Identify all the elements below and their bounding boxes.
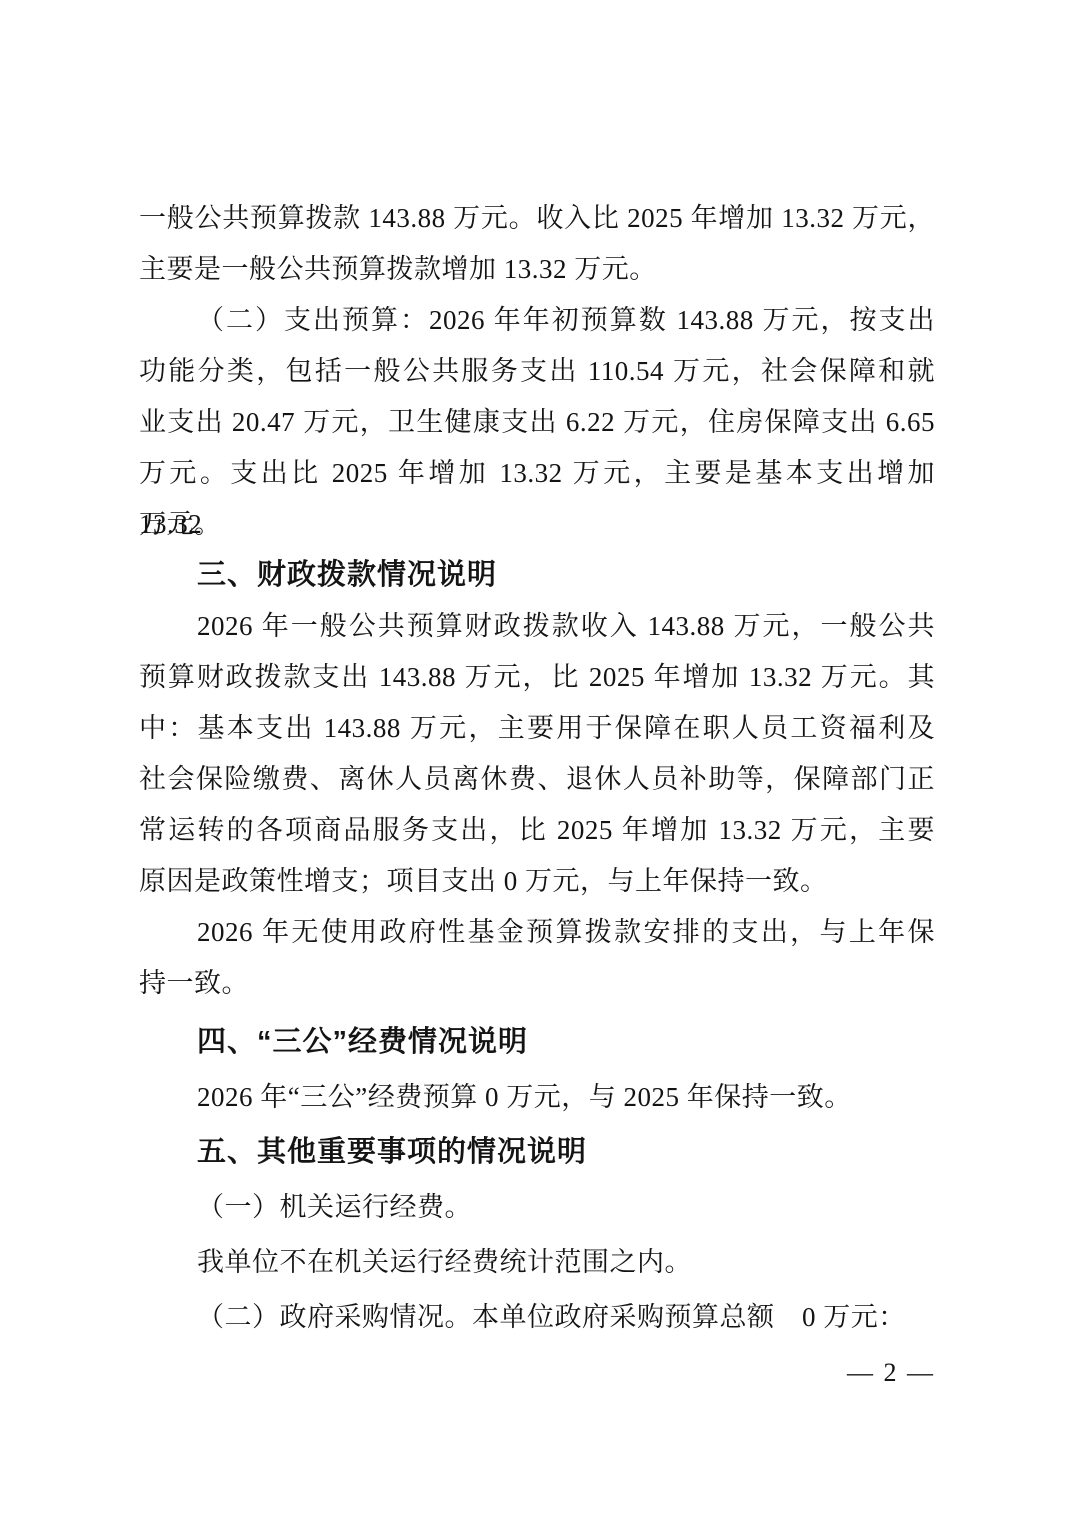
paragraph-line: 社会保险缴费、离休人员离休费、退休人员补助等，保障部门正 — [139, 754, 935, 805]
paragraph-line: 主要是一般公共预算拨款增加 13.32 万元。 — [139, 244, 935, 295]
paragraph-line: 功能分类，包括一般公共服务支出 110.54 万元，社会保障和就 — [139, 346, 935, 397]
page-number: — 2 — — [847, 1358, 935, 1387]
paragraph-line: 一般公共预算拨款 143.88 万元。收入比 2025 年增加 13.32 万元… — [139, 193, 935, 244]
document-body: 一般公共预算拨款 143.88 万元。收入比 2025 年增加 13.32 万元… — [139, 193, 935, 1345]
paragraph-line: 原因是政策性增支；项目支出 0 万元，与上年保持一致。 — [139, 856, 935, 907]
paragraph-line: 2026 年无使用政府性基金预算拨款安排的支出，与上年保 — [139, 907, 935, 958]
paragraph-line: 2026 年“三公”经费预算 0 万元，与 2025 年保持一致。 — [139, 1070, 935, 1125]
paragraph-line: 预算财政拨款支出 143.88 万元，比 2025 年增加 13.32 万元。其 — [139, 652, 935, 703]
paragraph-line: 我单位不在机关运行经费统计范围之内。 — [139, 1235, 935, 1290]
paragraph-line: 常运转的各项商品服务支出，比 2025 年增加 13.32 万元，主要 — [139, 805, 935, 856]
paragraph-line: （二）支出预算：2026 年年初预算数 143.88 万元，按支出 — [139, 295, 935, 346]
paragraph-line: 万元。支出比 2025 年增加 13.32 万元，主要是基本支出增加 13.32 — [139, 448, 935, 499]
heading-section-5: 五、其他重要事项的情况说明 — [139, 1125, 935, 1180]
document-page: { "colors": { "page_background": "#fffff… — [0, 0, 1074, 1520]
paragraph-line: （一）机关运行经费。 — [139, 1180, 935, 1235]
paragraph-line: 中：基本支出 143.88 万元，主要用于保障在职人员工资福利及 — [139, 703, 935, 754]
paragraph-line: 2026 年一般公共预算财政拨款收入 143.88 万元，一般公共 — [139, 601, 935, 652]
paragraph-line: 业支出 20.47 万元，卫生健康支出 6.22 万元，住房保障支出 6.65 — [139, 397, 935, 448]
paragraph-line: 万元。 — [139, 499, 935, 550]
paragraph-line: （二）政府采购情况。本单位政府采购预算总额 0 万元： — [139, 1290, 935, 1345]
heading-section-4: 四、“三公”经费情况说明 — [139, 1015, 935, 1070]
heading-section-3: 三、财政拨款情况说明 — [139, 550, 935, 601]
paragraph-line: 持一致。 — [139, 958, 935, 1009]
page-footer: — 2 — — [139, 1358, 935, 1388]
